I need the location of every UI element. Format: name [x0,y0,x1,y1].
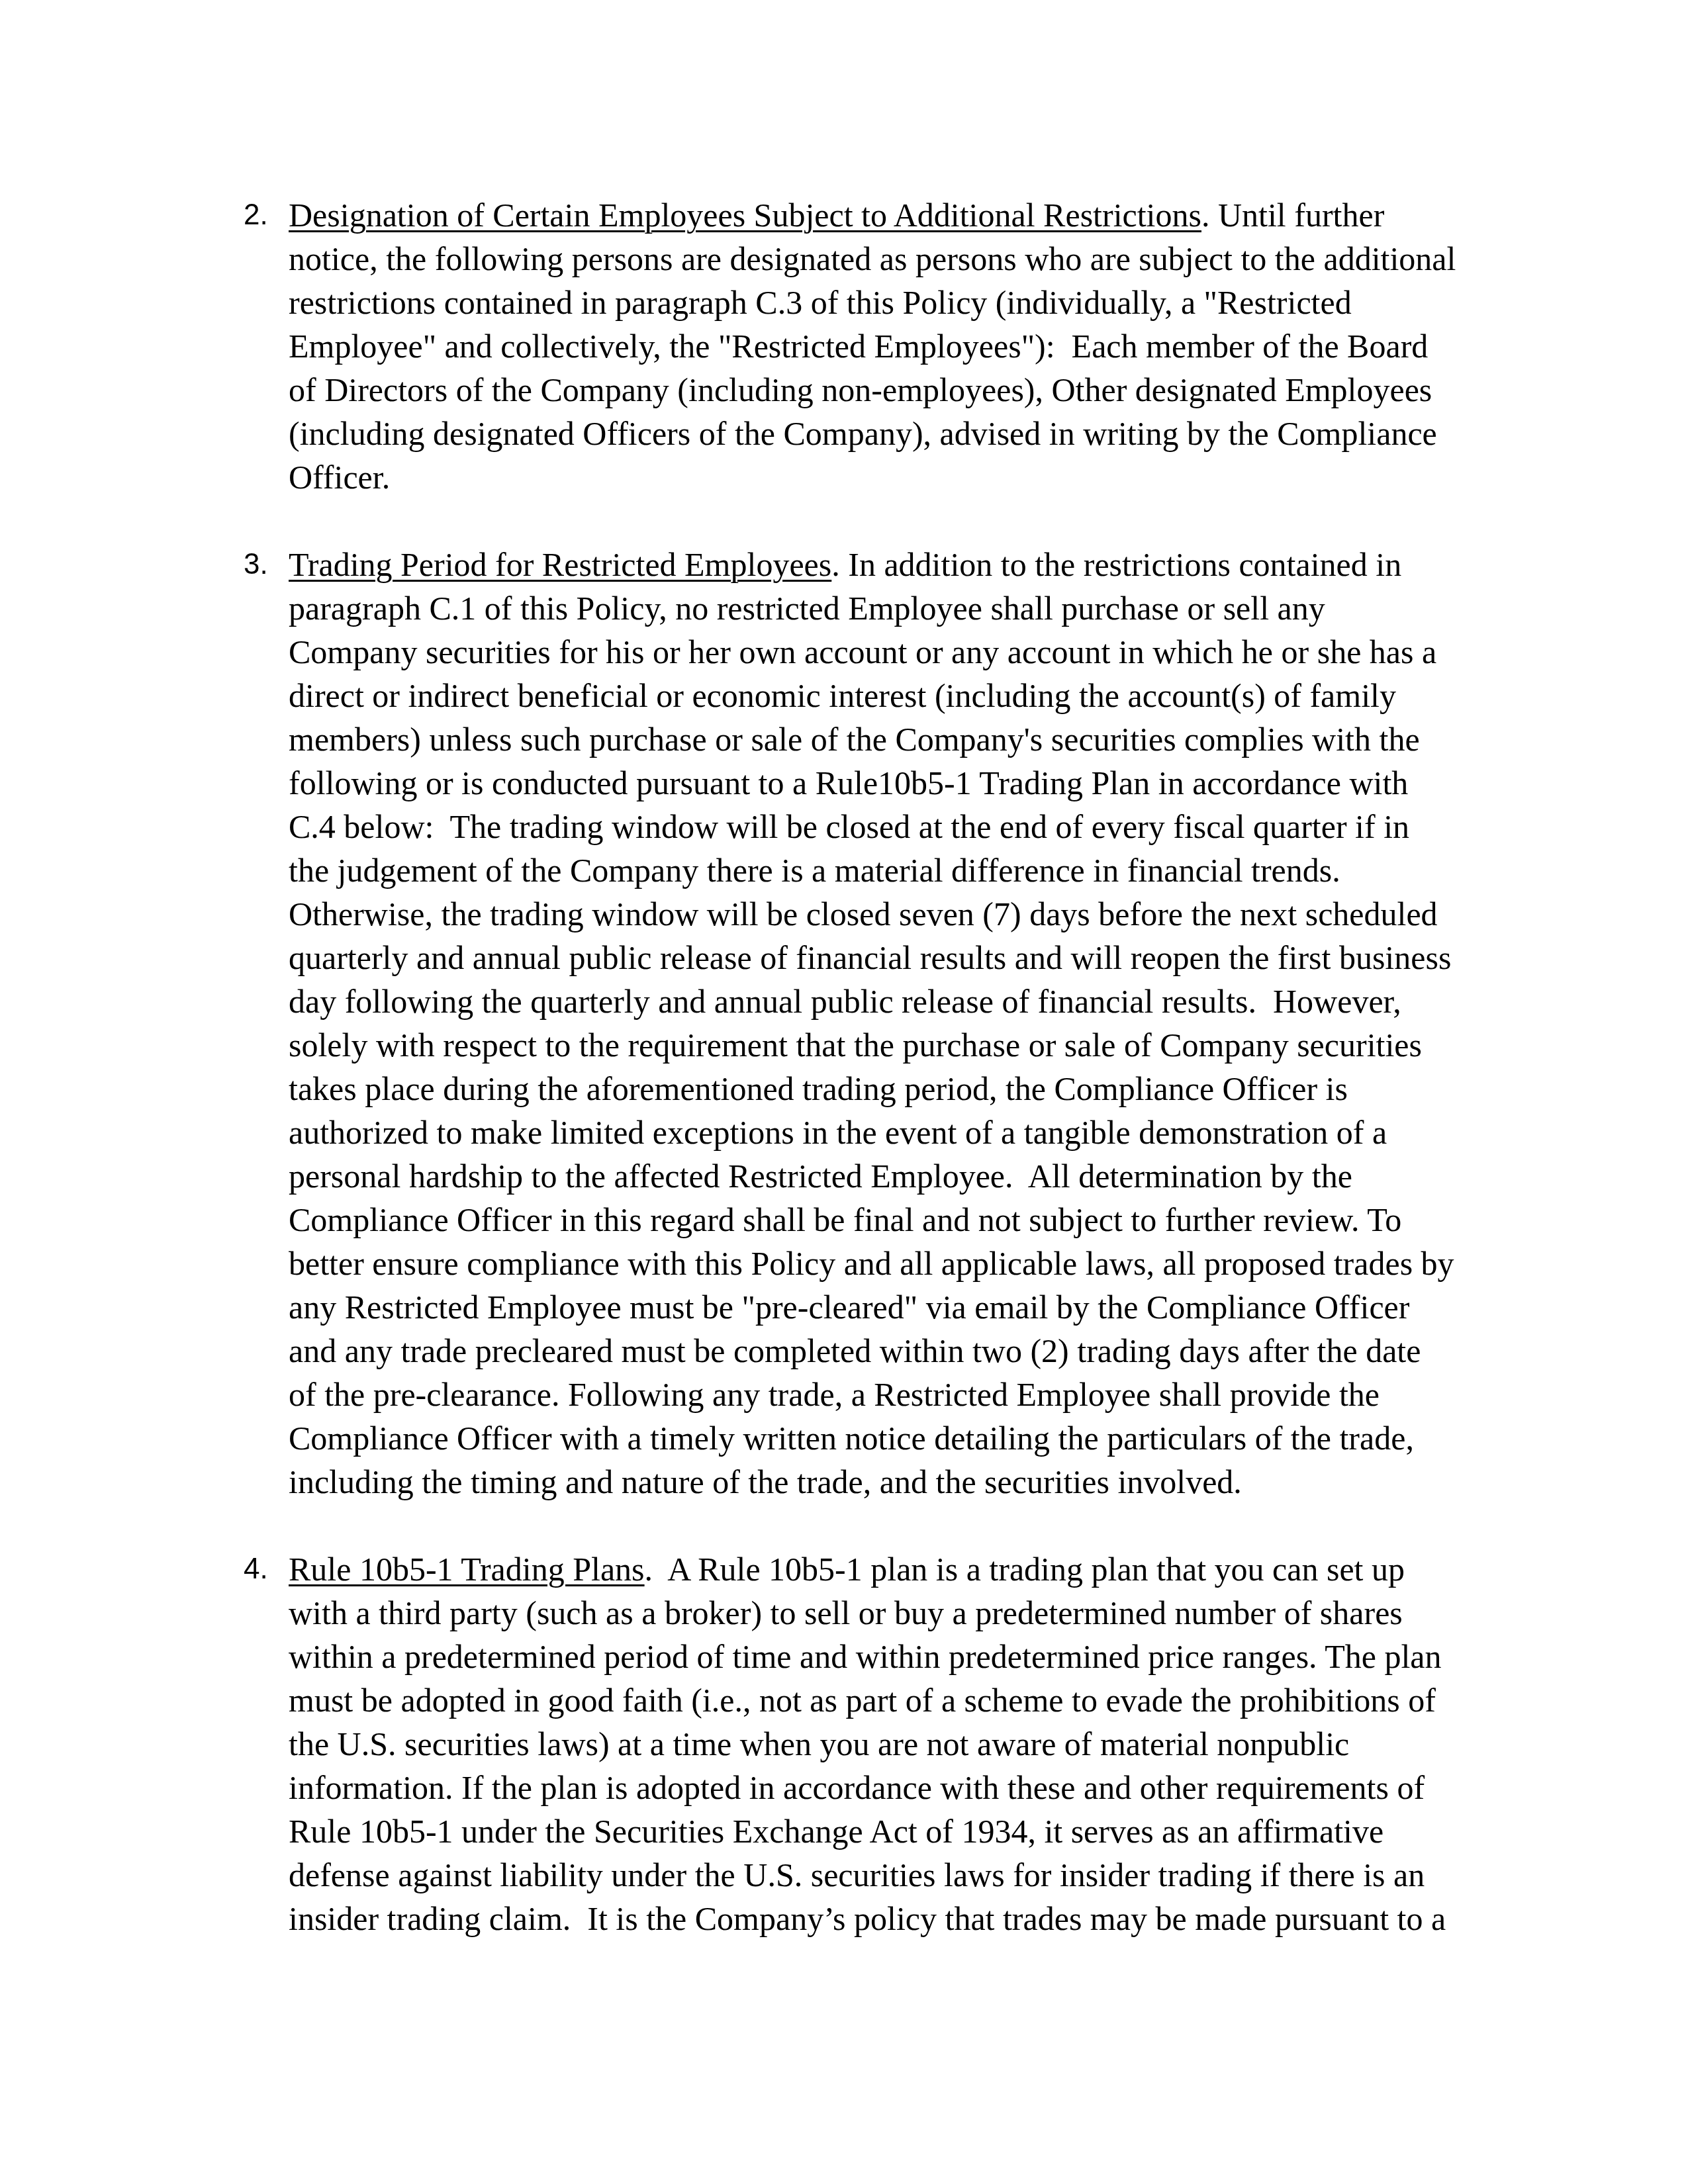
text-line: C.4 below: The trading window will be cl… [289,805,1480,848]
section-first-line: Rule 10b5-1 Trading Plans. A Rule 10b5-1… [289,1547,1480,1591]
section-text: . A Rule 10b5-1 plan is a trading plan t… [645,1551,1405,1588]
section-text: . Until further [1201,197,1384,234]
text-line: with a third party (such as a broker) to… [289,1591,1480,1635]
document-page: 2. Designation of Certain Employees Subj… [0,193,1688,1984]
text-line: members) unless such purchase or sale of… [289,717,1480,761]
section-text: . In addition to the restrictions contai… [831,546,1401,583]
section-heading: Trading Period for Restricted Employees [289,546,831,583]
section-number: 4. [244,1547,268,1591]
text-line: following or is conducted pursuant to a … [289,761,1480,805]
text-line: Rule 10b5-1 under the Securities Exchang… [289,1809,1480,1853]
text-line: Employee" and collectively, the "Restric… [289,324,1480,368]
text-line: Officer. [289,455,1480,499]
text-line: authorized to make limited exceptions in… [289,1111,1480,1154]
text-line: quarterly and annual public release of f… [289,936,1480,979]
section-heading: Designation of Certain Employees Subject… [289,197,1201,234]
text-line: day following the quarterly and annual p… [289,979,1480,1023]
text-line: including the timing and nature of the t… [289,1460,1480,1504]
section-4: 4. Rule 10b5-1 Trading Plans. A Rule 10b… [0,1547,1688,1940]
text-line: of the pre-clearance. Following any trad… [289,1373,1480,1416]
text-line: Otherwise, the trading window will be cl… [289,892,1480,936]
text-line: (including designated Officers of the Co… [289,412,1480,455]
section-number: 2. [244,193,268,237]
text-line: insider trading claim. It is the Company… [289,1897,1480,1940]
text-line: the U.S. securities laws) at a time when… [289,1722,1480,1766]
text-line: defense against liability under the U.S.… [289,1853,1480,1897]
text-line: information. If the plan is adopted in a… [289,1766,1480,1809]
text-line: restrictions contained in paragraph C.3 … [289,281,1480,324]
text-line: of Directors of the Company (including n… [289,368,1480,412]
text-line: within a predetermined period of time an… [289,1635,1480,1678]
section-body: Designation of Certain Employees Subject… [289,193,1480,499]
text-line: and any trade precleared must be complet… [289,1329,1480,1373]
text-line: better ensure compliance with this Polic… [289,1242,1480,1285]
text-line: Company securities for his or her own ac… [289,630,1480,674]
text-line: must be adopted in good faith (i.e., not… [289,1678,1480,1722]
text-line: takes place during the aforementioned tr… [289,1067,1480,1111]
text-line: Compliance Officer in this regard shall … [289,1198,1480,1242]
text-line: any Restricted Employee must be "pre-cle… [289,1285,1480,1329]
text-line: direct or indirect beneficial or economi… [289,674,1480,717]
section-3: 3. Trading Period for Restricted Employe… [0,543,1688,1504]
text-line: paragraph C.1 of this Policy, no restric… [289,586,1480,630]
text-line: personal hardship to the affected Restri… [289,1154,1480,1198]
text-line: the judgement of the Company there is a … [289,848,1480,892]
section-first-line: Designation of Certain Employees Subject… [289,193,1480,237]
text-line: Compliance Officer with a timely written… [289,1416,1480,1460]
section-body: Rule 10b5-1 Trading Plans. A Rule 10b5-1… [289,1547,1480,1940]
section-body: Trading Period for Restricted Employees.… [289,543,1480,1504]
section-number: 3. [244,543,268,586]
section-heading: Rule 10b5-1 Trading Plans [289,1551,645,1588]
text-line: solely with respect to the requirement t… [289,1023,1480,1067]
text-line: notice, the following persons are design… [289,237,1480,281]
section-first-line: Trading Period for Restricted Employees.… [289,543,1480,586]
section-2: 2. Designation of Certain Employees Subj… [0,193,1688,499]
